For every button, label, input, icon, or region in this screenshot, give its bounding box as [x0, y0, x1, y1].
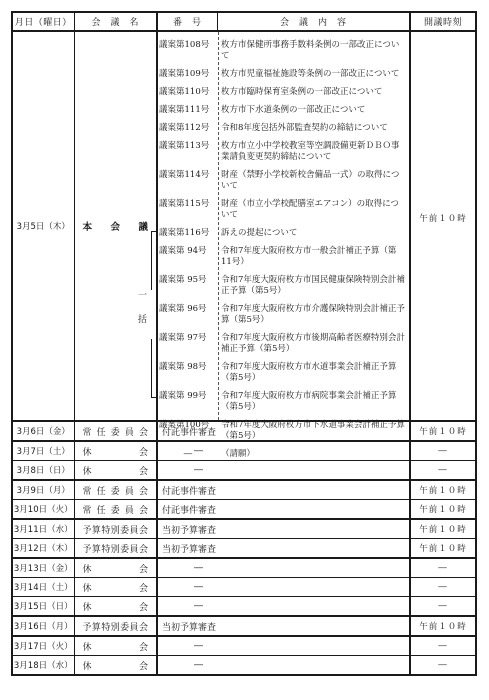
date-cell: 3月8日（日） — [12, 461, 74, 481]
bill-number: 議案第100号 — [158, 420, 218, 442]
date-cell: 3月17日（火） — [12, 636, 74, 656]
bill-number: ― — [158, 449, 218, 460]
meeting-cell: 常任委員会 — [74, 421, 157, 441]
meeting-name: 予算特別委員会 — [75, 620, 157, 633]
table-row: 3月13日（金）休会―― — [12, 558, 476, 578]
content-cell: 当初予算審査 — [157, 539, 410, 559]
time-cell: ― — [410, 461, 476, 481]
header-date: 月日（曜日） — [12, 12, 74, 31]
bill-number: 議案第 97号 — [158, 333, 218, 355]
header-row: 月日（曜日） 会 議 名 番 号 会 議 内 容 開議時刻 — [12, 12, 476, 31]
bill-number: 議案第112号 — [158, 123, 218, 134]
meeting-cell: 休会 — [74, 656, 157, 676]
meeting-name: 休会 — [75, 600, 157, 613]
time-cell: 午前１０時 — [410, 421, 476, 441]
time-cell: ― — [410, 656, 476, 676]
date-cell: 3月5日（木） — [12, 31, 74, 421]
content-cell: 付託事件審査 — [157, 480, 410, 500]
no-content-dash: ― — [194, 660, 203, 670]
bill-row: 議案第115号財産（市立小学校配膳室エアコン）の取得について — [158, 199, 409, 221]
meeting-cell: 常任委員会 — [74, 500, 157, 520]
header-meeting: 会 議 名 — [74, 12, 157, 31]
content-cell: 当初予算審査 — [157, 519, 410, 539]
bill-content: 枚方市下水道条例の一部改正について — [218, 105, 409, 116]
meeting-name: 休会 — [75, 445, 157, 458]
content-cell: ― — [157, 461, 410, 481]
meeting-name: 予算特別委員会 — [75, 523, 157, 536]
date-cell: 3月14日（土） — [12, 578, 74, 597]
bill-content: 令和7年度大阪府枚方市国民健康保険特別会計補正予算（第5号） — [218, 275, 409, 297]
bill-content: 財産（禁野小学校新校舎備品一式）の取得について — [218, 170, 409, 192]
bill-number: 議案第114号 — [158, 170, 218, 192]
date-cell: 3月6日（金） — [12, 421, 74, 441]
bill-row: 議案第116号訴えの提起について — [158, 228, 409, 239]
meeting-name: 休会 — [75, 581, 157, 594]
table-row: 3月16日（月）予算特別委員会当初予算審査午前１０時 — [12, 616, 476, 636]
content-cell: ― — [157, 597, 410, 617]
bill-row: 議案第111号枚方市下水道条例の一部改正について — [158, 105, 409, 116]
time-cell: ― — [410, 597, 476, 617]
time-cell: 午前１０時 — [410, 480, 476, 500]
bill-row: 議案第109号枚方市児童福祉施設等条例の一部改正について — [158, 69, 409, 80]
meeting-cell: 本会議 一括 — [74, 31, 157, 421]
bracket-label: 一括 — [135, 291, 151, 325]
no-content-dash: ― — [194, 601, 203, 611]
bill-row: 議案第 94号令和7年度大阪府枚方市一般会計補正予算（第11号） — [158, 246, 409, 268]
date-cell: 3月15日（日） — [12, 597, 74, 617]
time-cell: 午前１０時 — [410, 539, 476, 559]
date-cell: 3月9日（月） — [12, 480, 74, 500]
bill-row: 議案第112号令和8年度包括外部監査契約の締結について — [158, 123, 409, 134]
table-row: 3月14日（土）休会―― — [12, 578, 476, 597]
number-content-divider — [218, 32, 219, 420]
meeting-name: 予算特別委員会 — [75, 542, 157, 555]
assembly-schedule-page: 月日（曜日） 会 議 名 番 号 会 議 内 容 開議時刻 3月5日（木） 本会… — [0, 0, 489, 700]
main-session-row: 3月5日（木） 本会議 一括 議案第108号枚方市保健所事務手数料条例の一部改正… — [12, 31, 476, 421]
bill-content: 令和7年度大阪府枚方市後期高齢者医療特別会計補正予算（第5号） — [218, 333, 409, 355]
bill-content: 枚方市保健所事務手数料条例の一部改正について — [218, 40, 409, 62]
table-row: 3月8日（日）休会―― — [12, 461, 476, 481]
time-cell: ― — [410, 558, 476, 578]
meeting-name: 休会 — [75, 659, 157, 672]
meeting-name: 常任委員会 — [75, 503, 157, 516]
time-cell: 午前１０時 — [410, 31, 476, 421]
no-content-dash: ― — [194, 465, 203, 475]
meeting-cell: 休会 — [74, 461, 157, 481]
bill-content: 枚方市児童福祉施設等条例の一部改正について — [218, 69, 409, 80]
date-cell: 3月7日（土） — [12, 441, 74, 461]
table-row: 3月18日（水）休会―― — [12, 656, 476, 676]
content-cell: ― — [157, 636, 410, 656]
no-content-dash: ― — [194, 582, 203, 592]
agenda-cell: 議案第108号枚方市保健所事務手数料条例の一部改正について議案第109号枚方市児… — [157, 31, 410, 421]
time-cell: ― — [410, 578, 476, 597]
no-content-dash: ― — [194, 641, 203, 651]
meeting-cell: 休会 — [74, 597, 157, 617]
bill-number: 議案第113号 — [158, 141, 218, 163]
bill-number: 議案第 94号 — [158, 246, 218, 268]
bill-content: （請願） — [218, 449, 409, 460]
table-row: 3月10日（火）常任委員会付託事件審査午前１０時 — [12, 500, 476, 520]
meeting-cell: 予算特別委員会 — [74, 616, 157, 636]
bill-number: 議案第109号 — [158, 69, 218, 80]
meeting-cell: 休会 — [74, 578, 157, 597]
bill-content: 枚方市臨時保育室条例の一部改正について — [218, 87, 409, 98]
bracket-top-segment — [151, 231, 158, 290]
batch-bracket: 一括 — [135, 231, 157, 398]
content-cell: ― — [157, 578, 410, 597]
date-cell: 3月18日（水） — [12, 656, 74, 676]
table-row: 3月11日（水）予算特別委員会当初予算審査午前１０時 — [12, 519, 476, 539]
no-content-dash: ― — [194, 563, 203, 573]
bill-row: 議案第100号令和7年度大阪府枚方市下水道事業会計補正予算（第5号） — [158, 420, 409, 442]
bill-content: 令和7年度大阪府枚方市下水道事業会計補正予算（第5号） — [218, 420, 409, 442]
bill-row: ―（請願） — [158, 449, 409, 460]
bill-row: 議案第 98号令和7年度大阪府枚方市水道事業会計補正予算（第5号） — [158, 362, 409, 384]
meeting-cell: 予算特別委員会 — [74, 539, 157, 559]
bill-content: 令和7年度大阪府枚方市介護保険特別会計補正予算（第5号） — [218, 304, 409, 326]
content-cell: 当初予算審査 — [157, 616, 410, 636]
meeting-cell: 休会 — [74, 441, 157, 461]
bill-row: 議案第114号財産（禁野小学校新校舎備品一式）の取得について — [158, 170, 409, 192]
time-cell: 午前１０時 — [410, 500, 476, 520]
bill-content: 令和7年度大阪府枚方市病院事業会計補正予算（第5号） — [218, 391, 409, 413]
time-cell: ― — [410, 636, 476, 656]
bill-row: 議案第108号枚方市保健所事務手数料条例の一部改正について — [158, 40, 409, 62]
bill-row: 議案第 97号令和7年度大阪府枚方市後期高齢者医療特別会計補正予算（第5号） — [158, 333, 409, 355]
bill-number: 議案第 96号 — [158, 304, 218, 326]
schedule-table: 月日（曜日） 会 議 名 番 号 会 議 内 容 開議時刻 3月5日（木） 本会… — [11, 11, 477, 676]
table-row: 3月12日（木）予算特別委員会当初予算審査午前１０時 — [12, 539, 476, 559]
meeting-cell: 休会 — [74, 636, 157, 656]
date-cell: 3月11日（水） — [12, 519, 74, 539]
bill-content: 令和8年度包括外部監査契約の締結について — [218, 123, 409, 134]
bill-number: 議案第111号 — [158, 105, 218, 116]
date-cell: 3月13日（金） — [12, 558, 74, 578]
table-row: 3月9日（月）常任委員会付託事件審査午前１０時 — [12, 480, 476, 500]
bill-number: 議案第 95号 — [158, 275, 218, 297]
bracket-bottom-segment — [151, 339, 158, 398]
meeting-cell: 休会 — [74, 558, 157, 578]
date-cell: 3月10日（火） — [12, 500, 74, 520]
date-cell: 3月16日（月） — [12, 616, 74, 636]
meeting-name: 常任委員会 — [75, 425, 157, 438]
bill-number: 議案第115号 — [158, 199, 218, 221]
meeting-name: 休会 — [75, 562, 157, 575]
bill-content: 令和7年度大阪府枚方市一般会計補正予算（第11号） — [218, 246, 409, 268]
bill-number: 議案第116号 — [158, 228, 218, 239]
meeting-cell: 予算特別委員会 — [74, 519, 157, 539]
bill-row: 議案第 96号令和7年度大阪府枚方市介護保険特別会計補正予算（第5号） — [158, 304, 409, 326]
date-cell: 3月12日（木） — [12, 539, 74, 559]
header-time: 開議時刻 — [410, 12, 476, 31]
meeting-name: 休会 — [75, 640, 157, 653]
header-content: 会 議 内 容 — [217, 12, 410, 31]
time-cell: ― — [410, 441, 476, 461]
table-row: 3月15日（日）休会―― — [12, 597, 476, 617]
bill-number: 議案第 98号 — [158, 362, 218, 384]
bill-row: 議案第110号枚方市臨時保育室条例の一部改正について — [158, 87, 409, 98]
content-cell: 付託事件審査 — [157, 500, 410, 520]
bill-content: 枚方市立小中学校教室等空調設備更新ＤＢＯ事業請負変更契約締結について — [218, 141, 409, 163]
bill-number: 議案第 99号 — [158, 391, 218, 413]
time-cell: 午前１０時 — [410, 519, 476, 539]
bill-row: 議案第113号枚方市立小中学校教室等空調設備更新ＤＢＯ事業請負変更契約締結につい… — [158, 141, 409, 163]
bill-row: 議案第 99号令和7年度大阪府枚方市病院事業会計補正予算（第5号） — [158, 391, 409, 413]
bill-content: 訴えの提起について — [218, 228, 409, 239]
time-cell: 午前１０時 — [410, 616, 476, 636]
bill-number: 議案第110号 — [158, 87, 218, 98]
bill-content: 令和7年度大阪府枚方市水道事業会計補正予算（第5号） — [218, 362, 409, 384]
bill-row: 議案第 95号令和7年度大阪府枚方市国民健康保険特別会計補正予算（第5号） — [158, 275, 409, 297]
agenda-list: 議案第108号枚方市保健所事務手数料条例の一部改正について議案第109号枚方市児… — [158, 32, 409, 420]
bill-number: 議案第108号 — [158, 40, 218, 62]
table-row: 3月17日（火）休会―― — [12, 636, 476, 656]
content-cell: ― — [157, 656, 410, 676]
bill-content: 財産（市立小学校配膳室エアコン）の取得について — [218, 199, 409, 221]
meeting-name: 休会 — [75, 464, 157, 477]
meeting-cell: 常任委員会 — [74, 480, 157, 500]
header-number: 番 号 — [157, 12, 217, 31]
meeting-name: 常任委員会 — [75, 484, 157, 497]
content-cell: ― — [157, 558, 410, 578]
